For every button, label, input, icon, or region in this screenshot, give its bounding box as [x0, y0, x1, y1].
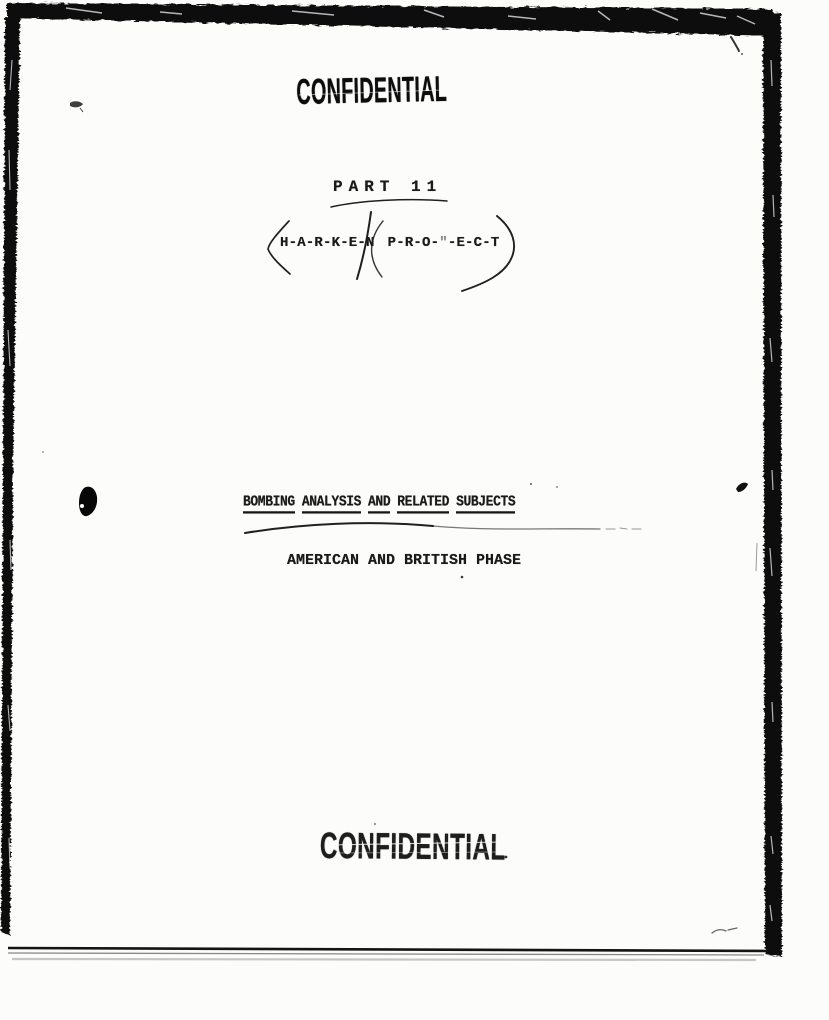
- title-word: BOMBING: [243, 494, 295, 514]
- part-underline-stroke: [331, 200, 447, 207]
- title-underline-swoosh-light: [433, 526, 600, 529]
- stray-marks: [42, 37, 757, 933]
- title-underline-swoosh: [245, 523, 433, 533]
- project-word-prefix: P-R-O-: [388, 235, 440, 251]
- project-word-project: P-R-O-"-E-C-T: [388, 235, 500, 251]
- document-title: BOMBINGANALYSISANDRELATEDSUBJECTS: [243, 494, 515, 514]
- scan-border-frame: [1, 3, 782, 957]
- part-heading: PART 11: [333, 179, 442, 197]
- faint-line-right-margin: [756, 543, 757, 571]
- title-word: SUBJECTS: [456, 494, 515, 514]
- title-word: ANALYSIS: [302, 494, 361, 514]
- confidential-stamp-top: CONFIDENTIAL: [296, 71, 447, 110]
- scan-border-top: [7, 3, 781, 36]
- degraded-character: ": [439, 235, 448, 251]
- ink-blob-left-margin: [79, 487, 97, 517]
- confidential-stamp-bottom: CONFIDENTIAL: [320, 827, 506, 866]
- squiggle-bottom-right: [712, 928, 737, 933]
- scan-border-bottom: [8, 948, 768, 960]
- scan-scratches: [8, 8, 774, 921]
- arrow-mark-right-margin: [736, 483, 748, 492]
- document-subtitle: AMERICAN AND BRITISH PHASE: [287, 553, 521, 570]
- scanned-document-page: CONFIDENTIAL PART 11 H-A-R-K-E-NP-R-O-"-…: [0, 0, 829, 1020]
- project-word-suffix: -E-C-T: [448, 235, 500, 251]
- smudge-top-left: [70, 101, 83, 107]
- title-word: AND: [368, 494, 390, 514]
- project-code-line: H-A-R-K-E-NP-R-O-"-E-C-T: [280, 236, 499, 251]
- scan-border-right: [763, 12, 782, 957]
- scan-border-left: [1, 16, 20, 935]
- right-parenthesis-mark: [462, 216, 514, 291]
- title-underline-swoosh-dashes: [606, 528, 641, 529]
- backslash-mark-top-right: [731, 37, 739, 51]
- project-word-harken: H-A-R-K-E-N: [280, 235, 375, 251]
- title-word: RELATED: [397, 494, 449, 514]
